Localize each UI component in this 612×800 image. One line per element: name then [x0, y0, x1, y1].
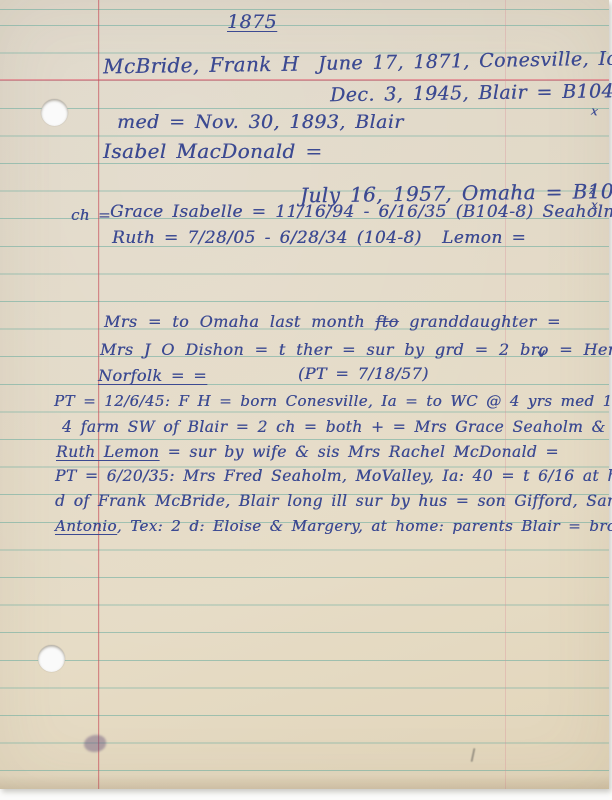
page-number: 1875	[227, 11, 277, 33]
obit-1935-line-3: Antonio, Tex: 2 d: Eloise & Margery, at …	[55, 517, 612, 535]
obit-1945-line-1: PT = 12/6/45: F H = born Conesville, Ia …	[54, 392, 612, 410]
children-label: ch =	[71, 206, 111, 224]
child-entry-grace: Grace Isabelle = 11/16/94 - 6/16/35 (B10…	[110, 202, 612, 222]
spouse-death-mark-top: z	[589, 184, 595, 197]
marriage-date: med = Nov. 30, 1893, Blair	[117, 111, 404, 133]
hole-punch-bottom	[38, 645, 65, 672]
note-norfolk: Norfolk = =	[98, 366, 207, 385]
child-ruth-surname: Lemon =	[442, 228, 526, 248]
entry-name: McBride, Frank H	[103, 52, 300, 79]
death-date: Dec. 3, 1945, Blair = B104-10	[330, 80, 612, 106]
obit-1935-line-1: PT = 6/20/35: Mrs Fred Seaholm, MoValley…	[55, 467, 612, 485]
spouse-name: Isabel MacDonald =	[103, 139, 322, 163]
note-pt-date-1: (PT = 7/18/57)	[298, 364, 429, 383]
hole-punch-top	[41, 99, 68, 126]
note-omaha-b: granddaughter =	[399, 312, 561, 331]
note-omaha-a: Mrs = to Omaha last month	[104, 312, 375, 331]
obit-1945-line-2: 4 farm SW of Blair = 2 ch = both + = Mrs…	[62, 418, 612, 436]
obit-ruth-lemon: Ruth Lemon	[56, 443, 159, 461]
obit-1945-line-3-rest: = sur by wife & sis Mrs Rachel McDonald …	[159, 443, 559, 461]
obit-1945-line-3: Ruth Lemon = sur by wife & sis Mrs Rache…	[56, 443, 559, 461]
obit-antonio: Antonio	[55, 517, 117, 535]
child-entry-ruth: Ruth = 7/28/05 - 6/28/34 (104-8)	[112, 228, 422, 248]
note-omaha-struck: fto	[375, 312, 398, 331]
ink-smudge	[84, 735, 106, 752]
notebook-paper: 1875 McBride, Frank H June 17, 1871, Con…	[0, 0, 609, 789]
obit-1935-line-2: d of Frank McBride, Blair long ill sur b…	[55, 492, 612, 510]
note-line-omaha: Mrs = to Omaha last month fto granddaugh…	[104, 312, 561, 331]
obit-1935-line-3-rest: , Tex: 2 d: Eloise & Margery, at home: p…	[117, 517, 612, 535]
